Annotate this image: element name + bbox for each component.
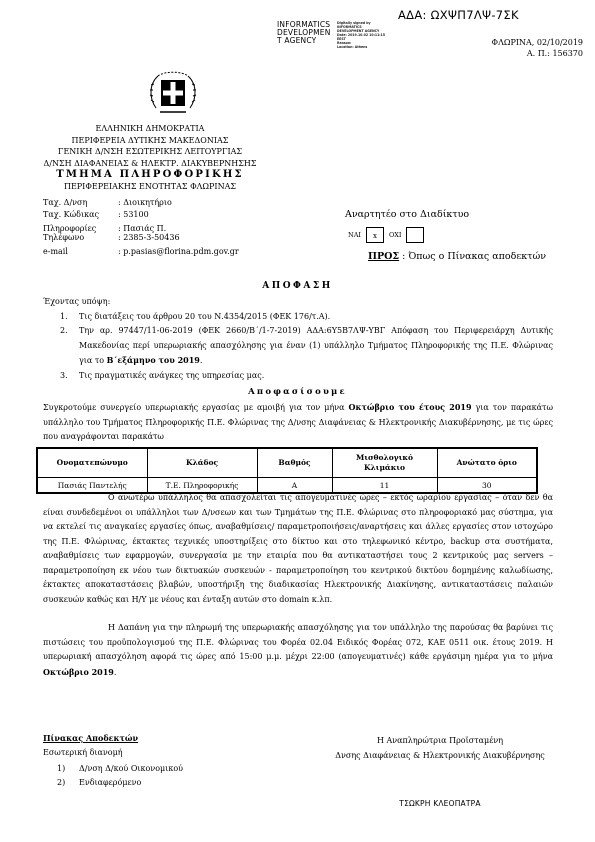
recipient-value: : Όπως ο Πίνακας αποδεκτών <box>399 251 546 262</box>
signer-unit: Δνσης Διαφάνειας & Ηλεκτρονικής Διακυβέρ… <box>300 748 580 763</box>
contact-label: Ταχ. Κώδικας <box>43 209 118 221</box>
issuer-line: ΕΛΛΗΝΙΚΗ ΔΗΜΟΚΡΑΤΙΑ <box>0 123 300 135</box>
recipient-label: ΠΡΟΣ <box>368 251 399 262</box>
contact-value: : Διοικητήριο <box>118 197 172 209</box>
header-grade: Βαθμός <box>257 448 332 478</box>
recipient-number: 1) <box>57 762 79 776</box>
item-number: 1. <box>60 310 68 325</box>
issuer-block: ΕΛΛΗΝΙΚΗ ΔΗΜΟΚΡΑΤΙΑ ΠΕΡΙΦΕΡΕΙΑ ΔΥΤΙΚΗΣ Μ… <box>0 123 300 193</box>
place-date-block: ΦΛΩΡΙΝΑ, 02/10/2019 Α. Π.: 156370 <box>492 37 583 59</box>
header-name: Ονοματεπώνυμο <box>37 448 147 478</box>
recipient-number: 2) <box>57 776 79 790</box>
paragraph-bold: Οκτώβριο 2019 <box>43 667 114 677</box>
item-text: Τις πραγματικές ανάγκες της υπηρεσίας μα… <box>79 371 264 380</box>
considering-item: 1. Τις διατάξεις του άρθρου 20 του Ν.435… <box>79 310 553 325</box>
item-text-tail: . <box>200 356 203 365</box>
considering-label: Έχοντας υπόψη: <box>43 295 553 310</box>
recipient-text: Ενδιαφερόμενο <box>79 778 141 787</box>
regional-unit: ΠΕΡΙΦΕΡΕΙΑΚΗΣ ΕΝΟΤΗΤΑΣ ΦΛΩΡΙΝΑΣ <box>0 181 300 193</box>
paragraph-text: Η Δαπάνη για την πληρωμή της υπερωριακής… <box>43 623 553 661</box>
item-text: Τις διατάξεις του άρθρου 20 του Ν.4354/2… <box>79 312 330 321</box>
recipient-line: ΠΡΟΣ : Όπως ο Πίνακας αποδεκτών <box>368 251 546 262</box>
signer-block: Η Αναπληρώτρια Προϊσταμένη Δνσης Διαφάνε… <box>300 733 580 763</box>
signer-name: ΤΣΩΚΡΗ ΚΛΕΟΠΑΤΡΑ <box>300 799 580 808</box>
recipients-title: Πίνακας Αποδεκτών <box>43 733 138 743</box>
considering-item: 3. Τις πραγματικές ανάγκες της υπηρεσίας… <box>79 369 553 384</box>
item-number: 3. <box>60 369 68 384</box>
recipient-item: 2)Ενδιαφερόμενο <box>57 776 183 790</box>
decision-paragraph: Συγκροτούμε συνεργείο υπερωριακής εργασί… <box>43 400 553 445</box>
place-date: ΦΛΩΡΙΝΑ, 02/10/2019 <box>492 37 583 48</box>
issuer-line: ΓΕΝΙΚΗ Δ/ΝΣΗ ΕΣΩΤΕΡΙΚΗΣ ΛΕΙΤΟΥΡΓΙΑΣ <box>0 146 300 158</box>
header-branch: Κλάδος <box>147 448 257 478</box>
contact-label: Τηλέφωνο <box>43 232 118 244</box>
employee-table: Ονοματεπώνυμο Κλάδος Βαθμός Μισθολογικό … <box>36 447 538 494</box>
considering-list: 1. Τις διατάξεις του άρθρου 20 του Ν.435… <box>43 310 553 384</box>
agency-logo-line: T AGENCY <box>277 37 331 45</box>
decide-title: Αποφασίσουμε <box>0 387 595 397</box>
yes-checkbox[interactable]: x <box>366 227 384 243</box>
no-checkbox[interactable] <box>406 227 424 243</box>
duties-paragraph: Ο ανωτέρω υπάλληλος θα απασχολείται τις … <box>43 491 553 607</box>
header-max-limit: Ανώτατο όριο <box>437 448 537 478</box>
item-bold-text: Β΄εξάμηνο του 2019 <box>107 355 200 365</box>
issuer-line: ΠΕΡΙΦΕΡΕΙΑ ΔΥΤΙΚΗΣ ΜΑΚΕΔΟΝΙΑΣ <box>0 135 300 147</box>
ada-code: ΑΔΑ: ΩΧΨΠ7ΛΨ-7ΣΚ <box>398 8 519 22</box>
internal-distribution: Εσωτερική διανομή <box>43 748 123 757</box>
contact-label: Ταχ. Δ/νση <box>43 197 118 209</box>
yes-label: ΝΑΙ <box>348 231 361 239</box>
department-title: ΤΜΗΜΑ ΠΛΗΡΟΦΟΡΙΚΗΣ <box>0 169 300 181</box>
contact-row-postal-code: Ταχ. Κώδικας : 53100 <box>43 209 239 221</box>
table-header-row: Ονοματεπώνυμο Κλάδος Βαθμός Μισθολογικό … <box>37 448 537 478</box>
paragraph-text: Συγκροτούμε συνεργείο υπερωριακής εργασί… <box>43 403 349 412</box>
posting-options: ΝΑΙ x ΟΧΙ <box>348 227 429 243</box>
protocol-number: Α. Π.: 156370 <box>492 48 583 59</box>
contact-row-address: Ταχ. Δ/νση : Διοικητήριο <box>43 197 239 209</box>
greek-emblem-icon <box>146 68 200 118</box>
contact-row-email: e-mail : p.pasias@florina.pdm.gov.gr <box>43 246 239 258</box>
decision-title: ΑΠΟΦΑΣΗ <box>0 281 595 291</box>
paragraph-text: . <box>114 668 117 677</box>
contact-value: : 53100 <box>118 209 149 221</box>
considering-item: 2. Την αρ. 97447/11-06-2019 (ΦΕΚ 2660/Β΄… <box>79 324 553 369</box>
signer-role: Η Αναπληρώτρια Προϊσταμένη <box>300 733 580 748</box>
contact-label: e-mail <box>43 246 118 258</box>
item-number: 2. <box>60 324 68 339</box>
contact-row-phone: Τηλέφωνο : 2385-3-50436 <box>43 232 239 244</box>
contact-block: Ταχ. Δ/νση : Διοικητήριο Ταχ. Κώδικας : … <box>43 197 239 258</box>
signature-detail-line: Location: Athens <box>337 45 385 49</box>
posting-label: Αναρτητέο στο Διαδίκτυο <box>345 209 469 220</box>
contact-value: : p.pasias@florina.pdm.gov.gr <box>118 246 239 258</box>
recipients-list: 1)Δ/νση Δ/κού Οικονομικού 2)Ενδιαφερόμεν… <box>57 762 183 790</box>
signature-agency-logo: INFORMATICS DEVELOPMEN T AGENCY <box>277 21 331 45</box>
paragraph-bold: Οκτώβριο του έτους 2019 <box>349 402 472 412</box>
recipient-text: Δ/νση Δ/κού Οικονομικού <box>79 764 183 773</box>
header-salary-step: Μισθολογικό Κλιμάκιο <box>332 448 437 478</box>
expense-paragraph: Η Δαπάνη για την πληρωμή της υπερωριακής… <box>43 621 553 680</box>
contact-value: : 2385-3-50436 <box>118 232 180 244</box>
issuer-line: Δ/ΝΣΗ ΔΙΑΦΑΝΕΙΑΣ & ΗΛΕΚΤΡ. ΔΙΑΚΥΒΕΡΝΗΣΗΣ <box>0 158 300 170</box>
no-label: ΟΧΙ <box>389 231 402 239</box>
signature-details: Digitally signed by INFORMATICS DEVELOPM… <box>337 21 385 49</box>
recipient-item: 1)Δ/νση Δ/κού Οικονομικού <box>57 762 183 776</box>
considering-section: Έχοντας υπόψη: 1. Τις διατάξεις του άρθρ… <box>43 295 553 383</box>
